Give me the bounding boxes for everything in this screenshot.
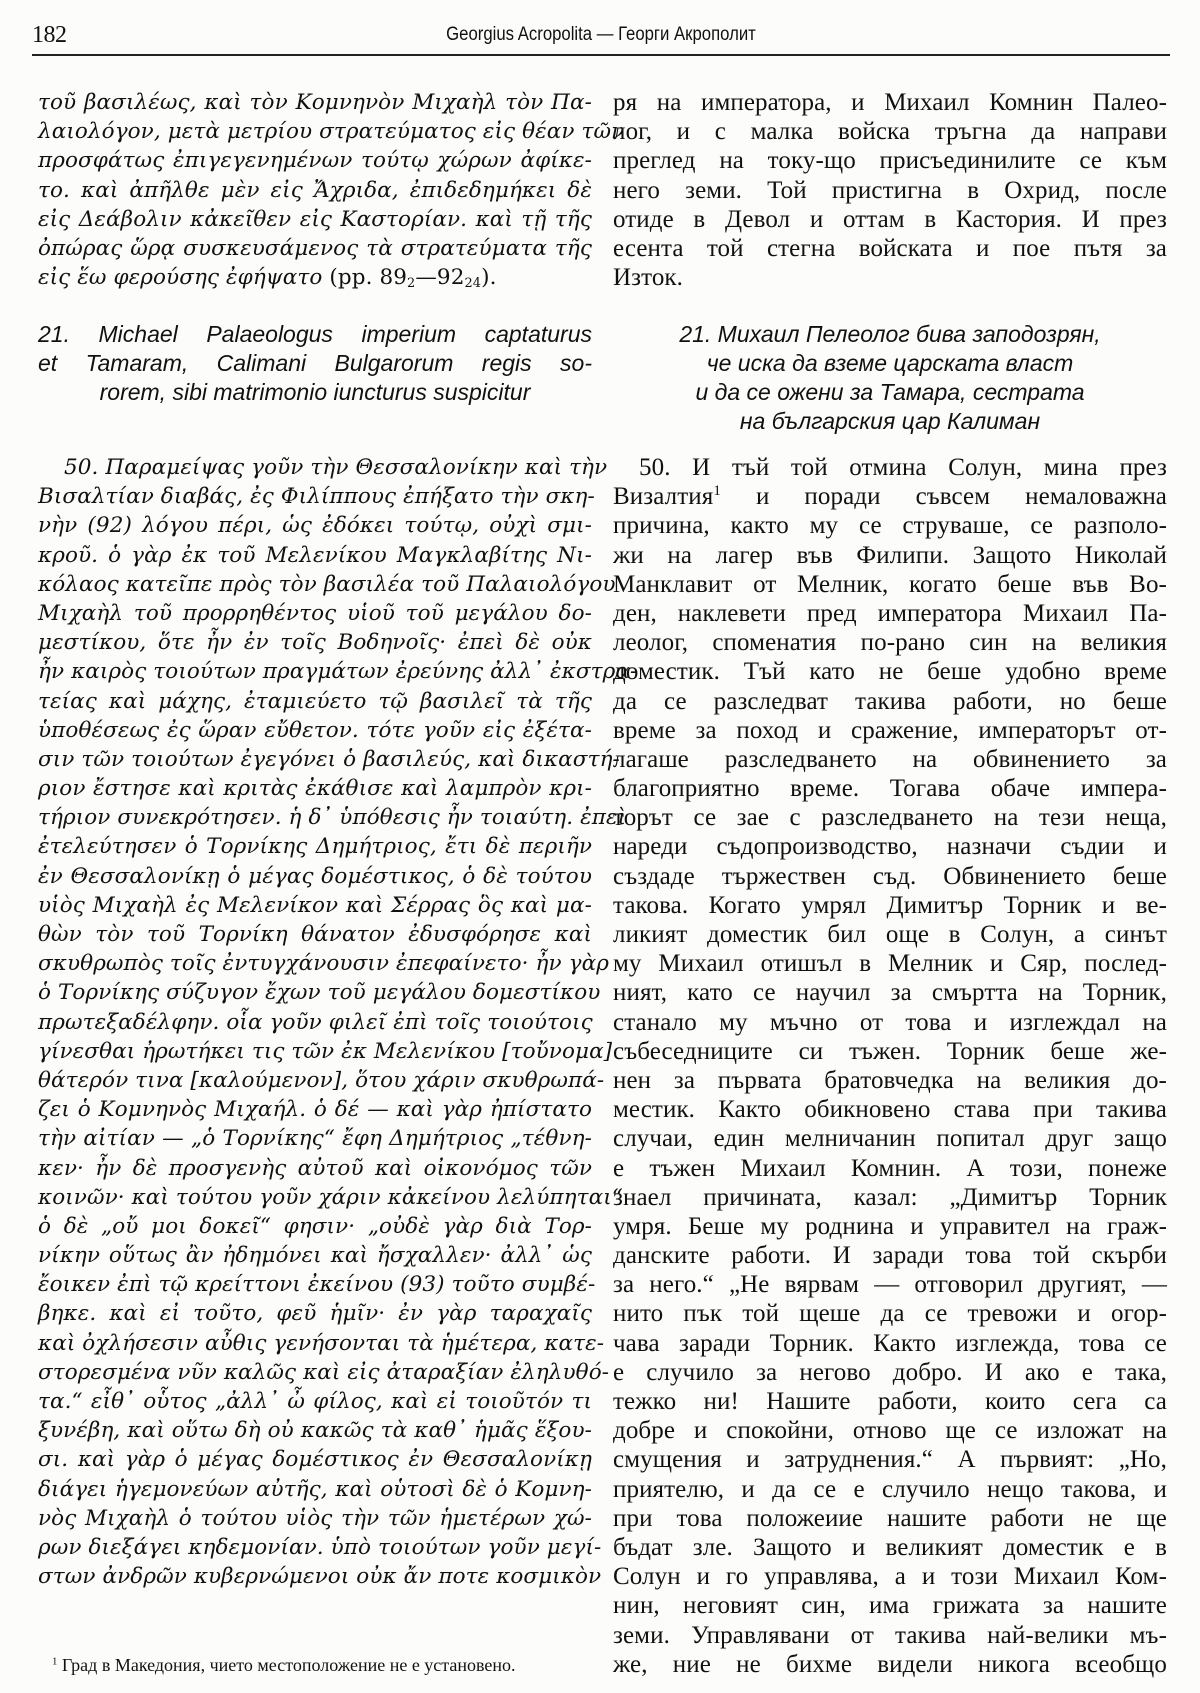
- running-title: Georgius Acropolita — Георги Акрополит: [100, 24, 1101, 46]
- text-line: преглед на току-що присъединилите се към: [613, 146, 1167, 175]
- text-fragment: εἰς ἕω φερούσης ἐφήψατο: [38, 265, 322, 290]
- text-line: στων ἀνδρῶν κυβερνώμενοι οὐκ ἄν ποτε κοσ…: [38, 1562, 592, 1591]
- text-line: местик. Както обикновено става при такив…: [613, 1095, 1167, 1124]
- text-line: κόλαος κατεῖπε πρὸς τὸν βασιλέα τοῦ Παλα…: [38, 570, 592, 599]
- text-line: лагаше разследването на обвинението за: [613, 745, 1167, 774]
- text-line: βηκε. καὶ εἰ τοῦτο, φεῦ ἡμῖν· ἐν γὰρ ταρ…: [38, 1299, 592, 1328]
- footnote: 1 Град в Македония, чието местоположение…: [52, 1655, 516, 1676]
- text-line: знаел причината, казал: „Димитър Торник: [613, 1183, 1167, 1212]
- bulgarian-paragraph-50: 50. И тъй той отмина Солун, мина през Ви…: [613, 453, 1167, 1679]
- text-line: Манклавит от Мелник, когато беше във Во-: [613, 570, 1167, 599]
- text-line: земи. Управлявани от такива най-велики м…: [613, 1621, 1167, 1650]
- text-line: ρων διεξάγει κηδεμονίαν. ὑπὸ τοιούτων γο…: [38, 1533, 592, 1562]
- text-line: 50. И тъй той отмина Солун, мина през: [613, 453, 1167, 482]
- latin-section-heading: 21. Michael Palaeologus imperium captatu…: [38, 320, 592, 407]
- text-line: създаде тържествен съд. Обвинението беше: [613, 862, 1167, 891]
- text-line: γίνεσθαι ἠρωτήκει τις τῶν ἐκ Μελενίκου […: [38, 1037, 592, 1066]
- text-line: τα.“ εἶθ᾽ οὗτος „ἀλλ᾽ ὦ φίλος, καὶ εἰ το…: [38, 1387, 592, 1416]
- text-line: εἰς ἕω φερούσης ἐφήψατο (pp. 892—9224).: [38, 263, 592, 292]
- text-line: ὁ δὲ „οὔ μοι δοκεῖ“ φησιν· „οὐδὲ γὰρ διὰ…: [38, 1212, 592, 1241]
- text-line: жи на лагер във Филипи. Защото Николай: [613, 541, 1167, 570]
- text-line: τὴν αἰτίαν — „ὁ Τορνίκης“ ἔφη Δημήτριος …: [38, 1124, 592, 1153]
- greek-paragraph-50: 50. Παραμείψας γοῦν τὴν Θεσσαλονίκην καὶ…: [38, 453, 592, 1591]
- text-line: данските работи. И заради това той скърб…: [613, 1241, 1167, 1270]
- text-line: доместик. Тъй като не беше удобно време: [613, 657, 1167, 686]
- heading-line: et Tamaram, Calimani Bulgarorum regis so…: [38, 349, 592, 378]
- text-line: отиде в Девол и оттам в Кастория. И през: [613, 205, 1167, 234]
- text-line: σι. καὶ γὰρ ὁ μέγας δομέστικος ἐν Θεσσαλ…: [38, 1445, 592, 1474]
- text-line: смущения и затруднения.“ А първият: „Но,: [613, 1445, 1167, 1474]
- text-line: приятелю, и да се е случило нещо такова,…: [613, 1475, 1167, 1504]
- text-line: събеседниците си тъжен. Торник беше же-: [613, 1037, 1167, 1066]
- heading-line: и да се ожени за Тамара, сестрата: [613, 378, 1167, 407]
- text-line: κοινῶν· καὶ τούτου γοῦν χάριν κἀκείνου λ…: [38, 1183, 592, 1212]
- header-rule: [32, 54, 1170, 56]
- text-line: Βισαλτίαν διαβάς, ἐς Φιλίππους ἐπήξατο τ…: [38, 482, 592, 511]
- text-line: ὁ Τορνίκης σύζυγον ἔχων τοῦ μεγάλου δομε…: [38, 978, 592, 1007]
- text-line: при това положеиие нашите работи не ще: [613, 1504, 1167, 1533]
- text-line: нареди съдопроизводство, назначи съдии и: [613, 832, 1167, 861]
- footnote-text: Град в Македония, чието местоположение н…: [62, 1655, 516, 1675]
- text-line: ликият доместик бил още в Солун, а синът: [613, 920, 1167, 949]
- text-line: κεν· ἦν δὲ προσγενὴς αὐτοῦ καὶ οἰκονόμος…: [38, 1154, 592, 1183]
- text-line: σιν τῶν τοιούτων ἐγεγόνει ὁ βασιλεύς, κα…: [38, 745, 592, 774]
- text-line: μεστίκου, ὅτε ἦν ἐν τοῖς Βοδηνοῖς· ἐπεὶ …: [38, 628, 592, 657]
- text-line: нито пък той щеше да се тревожи и огор-: [613, 1299, 1167, 1328]
- text-line: нен за първата братовчедка на великия до…: [613, 1066, 1167, 1095]
- page-reference: (pp. 892—9224).: [329, 265, 496, 290]
- text-line: да се разследват такива работи, но беше: [613, 687, 1167, 716]
- text-line: му Михаил отишъл в Мелник и Сяр, послед-: [613, 949, 1167, 978]
- text-line: υἱὸς Μιχαὴλ ἐς Μελενίκον καὶ Σέρρας ὃς κ…: [38, 891, 592, 920]
- bulgarian-section-heading: 21. Михаил Пелеолог бива заподозрян, че …: [613, 320, 1167, 436]
- greek-top-paragraph: τοῦ βασιλέως, καὶ τὸν Κομνηνὸν Μιχαὴλ τὸ…: [38, 88, 592, 292]
- heading-line: че иска да вземе царската власт: [613, 349, 1167, 378]
- heading-line: 21. Michael Palaeologus imperium captatu…: [38, 320, 592, 349]
- heading-line: rorem, sibi matrimonio iuncturus suspici…: [38, 378, 592, 407]
- text-line: θὼν τὸν τοῦ Τορνίκη θάνατον ἐδυσφόρησε κ…: [38, 920, 592, 949]
- text-line: ὑποθέσεως ἐς ὥραν εὔθετον. τότε γοῦν εἰς…: [38, 716, 592, 745]
- text-line: е тъжен Михаил Комнин. А този, понеже: [613, 1154, 1167, 1183]
- text-line: ден, наклевети пред императора Михаил Па…: [613, 599, 1167, 628]
- text-line: ря на императора, и Михаил Комнин Палео-: [613, 88, 1167, 117]
- text-line: причина, както му се струваше, се разпол…: [613, 511, 1167, 540]
- text-line: ἦν καιρὸς τοιούτων πραγμάτων ἐρεύνης ἀλλ…: [38, 657, 592, 686]
- text-line: леолог, споменатия по-рано син на велики…: [613, 628, 1167, 657]
- text-line: време за поход и сражение, императорът о…: [613, 716, 1167, 745]
- heading-line: 21. Михаил Пелеолог бива заподозрян,: [613, 320, 1167, 349]
- text-line: τοῦ βασιλέως, καὶ τὸν Κομνηνὸν Μιχαὴλ τὸ…: [38, 88, 592, 117]
- text-line: τήριον συνεκρότησεν. ἡ δ᾽ ὑπόθεσις ἦν το…: [38, 803, 592, 832]
- text-line: διάγει ἡγεμονεύων αὐτῆς, καὶ οὑτοσὶ δὲ ὁ…: [38, 1475, 592, 1504]
- text-line: προσφάτως ἐπιγεγενημένων τούτῳ χώρων ἀφί…: [38, 146, 592, 175]
- heading-line: на българския цар Калиман: [613, 407, 1167, 436]
- text-line: νίκην οὕτως ἂν ἠδημόνει καὶ ἤσχαλλεν· ἀλ…: [38, 1241, 592, 1270]
- book-page: 182 Georgius Acropolita — Георги Акропол…: [0, 0, 1200, 1693]
- text-line: ριον ἔστησε καὶ κριτὰς ἐκάθισε καὶ λαμπρ…: [38, 774, 592, 803]
- text-line: ὀπώρας ὥρᾳ συσκευσάμενος τὰ στρατεύματα …: [38, 234, 592, 263]
- text-line: благоприятно време. Тогава обаче импера-: [613, 774, 1167, 803]
- text-line: умря. Беше му роднина и управител на гра…: [613, 1212, 1167, 1241]
- text-line: есента той стегна войската и пое пътя за: [613, 234, 1167, 263]
- text-line: ἐν Θεσσαλονίκῃ ὁ μέγας δομέστικος, ὁ δὲ …: [38, 862, 592, 891]
- text-line: лог, и с малка войска тръгна да направи: [613, 117, 1167, 146]
- text-line: σκυθρωπὸς τοῖς ἐντυγχάνουσιν ἐπεφαίνετο·…: [38, 949, 592, 978]
- text-line: е случило за негово добро. И ако е така,: [613, 1358, 1167, 1387]
- text-line: такова. Когато умрял Димитър Торник и ве…: [613, 891, 1167, 920]
- text-line: нин, неговият син, има грижата за нашите: [613, 1591, 1167, 1620]
- footnote-marker: 1: [713, 483, 721, 499]
- text-line: станало му мъчно от това и изглеждал на: [613, 1008, 1167, 1037]
- text-line: λαιολόγον, μετὰ μετρίου στρατεύματος εἰς…: [38, 117, 592, 146]
- text-line: πρωτεξαδέλφην. οἷα γοῦν φιλεῖ ἐπὶ τοῖς τ…: [38, 1008, 592, 1037]
- text-line: εἰς Δεάβολιν κἀκεῖθεν εἰς Καστορίαν. καὶ…: [38, 205, 592, 234]
- bulgarian-top-paragraph: ря на императора, и Михаил Комнин Палео-…: [613, 88, 1167, 292]
- text-line: ζει ὁ Κομνηνὸς Μιχαήλ. ὁ δέ — καὶ γὰρ ἠπ…: [38, 1095, 592, 1124]
- text-line: ният, като се научил за смъртта на Торни…: [613, 978, 1167, 1007]
- text-line: νὸς Μιχαὴλ ὁ τούτου υἱὸς τὴν τῶν ἡμετέρω…: [38, 1504, 592, 1533]
- text-line: тежко ни! Нашите работи, които сега са: [613, 1387, 1167, 1416]
- text-line: καὶ ὀχλήσεσιν αὖθις γενήσονται τὰ ἡμέτερ…: [38, 1329, 592, 1358]
- text-line: το. καὶ ἀπῆλθε μὲν εἰς Ἄχριδα, ἐπιδεδημή…: [38, 176, 592, 205]
- text-line: ξυνέβη, καὶ οὕτω δὴ οὐ κακῶς τὰ καθ᾽ ἡμᾶ…: [38, 1416, 592, 1445]
- text-line: νὴν (92) λόγου πέρι, ὡς ἐδόκει τούτῳ, οὐ…: [38, 511, 592, 540]
- text-line: за него.“ „Не вярвам — отговорил другият…: [613, 1270, 1167, 1299]
- text-line: Изток.: [613, 263, 1167, 292]
- text-line: бъдат зле. Защото и великият доместик е …: [613, 1533, 1167, 1562]
- text-line: Μιχαὴλ τοῦ προρρηθέντος υἱοῦ τοῦ μεγάλου…: [38, 599, 592, 628]
- text-line: торът се зае с разследването на тези нещ…: [613, 803, 1167, 832]
- text-line: ἐτελεύτησεν ὁ Τορνίκης Δημήτριος, ἔτι δὲ…: [38, 832, 592, 861]
- text-line: Визалтия1 и поради съвсем немаловажна: [613, 482, 1167, 511]
- text-line: κροῦ. ὁ γὰρ ἐκ τοῦ Μελενίκου Μαγκλαβίτης…: [38, 541, 592, 570]
- footnote-number: 1: [52, 1656, 57, 1668]
- text-line: στορεσμένα νῦν καλῶς καὶ εἰς ἀταραξίαν ἐ…: [38, 1358, 592, 1387]
- text-line: него земи. Той пристигна в Охрид, после: [613, 176, 1167, 205]
- text-line: Солун и го управлява, а и този Михаил Ко…: [613, 1562, 1167, 1591]
- running-head: 182 Georgius Acropolita — Георги Акропол…: [32, 18, 1170, 52]
- text-line: ἔοικεν ἐπὶ τῷ κρείττονι ἐκείνου (93) τοῦ…: [38, 1270, 592, 1299]
- text-line: чава заради Торник. Както изглежда, това…: [613, 1329, 1167, 1358]
- text-line: 50. Παραμείψας γοῦν τὴν Θεσσαλονίκην καὶ…: [38, 453, 592, 482]
- text-line: θάτερόν τινα [καλούμενον], ὅτου χάριν σκ…: [38, 1066, 592, 1095]
- text-line: случаи, един мелничанин попитал друг защ…: [613, 1124, 1167, 1153]
- page-number: 182: [32, 22, 67, 49]
- text-line: добре и спокойни, отново ще се изложат н…: [613, 1416, 1167, 1445]
- text-line: τείας καὶ μάχης, ἐταμιεύετο τῷ βασιλεῖ τ…: [38, 687, 592, 716]
- text-line: же, ние не бихме видели никога всеобщо: [613, 1650, 1167, 1679]
